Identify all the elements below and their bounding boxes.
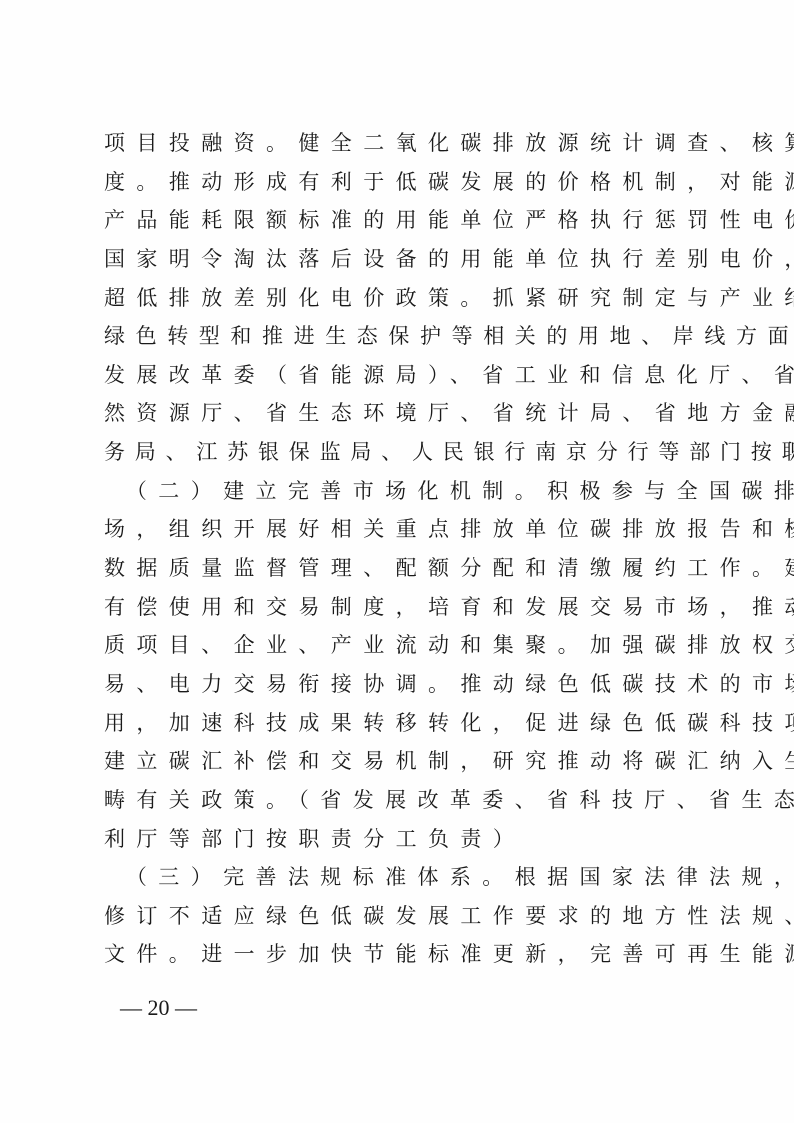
section-heading-line: （二）建立完善市场化机制。积极参与全国碳排放权交易市: [104, 472, 694, 511]
section-heading-line: （三）完善法规标准体系。根据国家法律法规，及时清理和: [104, 858, 694, 897]
text-line: 畴有关政策。（省发展改革委、省科技厅、省生态环境厅、省水: [104, 781, 694, 820]
text-line: 场，组织开展好相关重点排放单位碳排放报告和核查工作，加强: [104, 510, 694, 549]
body-text: 项目投融资。健全二氧化碳排放源统计调查、核算核查、监管制 度。推动形成有利于低碳…: [104, 124, 694, 974]
text-line: 然资源厅、省生态环境厅、省统计局、省地方金融监管局、省税: [104, 394, 694, 433]
text-line: 质项目、企业、产业流动和集聚。加强碳排放权交易、用能权交: [104, 626, 694, 665]
text-line: 超低排放差别化电价政策。抓紧研究制定与产业结构调整、低碳: [104, 279, 694, 318]
text-line: 产品能耗限额标准的用能单位严格执行惩罚性电价政策，对使用: [104, 201, 694, 240]
text-line: 项目投融资。健全二氧化碳排放源统计调查、核算核查、监管制: [104, 124, 694, 163]
document-page: 项目投融资。健全二氧化碳排放源统计调查、核算核查、监管制 度。推动形成有利于低碳…: [0, 0, 794, 1123]
text-line: 度。推动形成有利于低碳发展的价格机制，对能源消耗超过单位: [104, 163, 694, 202]
text-line: 务局、江苏银保监局、人民银行南京分行等部门按职责分工负责〕: [104, 433, 694, 472]
text-line: 发展改革委（省能源局）、省工业和信息化厅、省财政厅、省自: [104, 356, 694, 395]
text-line: 利厅等部门按职责分工负责）: [104, 820, 694, 859]
text-line: 数据质量监督管理、配额分配和清缴履约工作。建立健全用能权: [104, 549, 694, 588]
text-line: 有偿使用和交易制度，培育和发展交易市场，推动能源要素向优: [104, 588, 694, 627]
text-line: 文件。进一步加快节能标准更新，完善可再生能源标准体系，建: [104, 935, 694, 974]
text-line: 绿色转型和推进生态保护等相关的用地、岸线方面支持政策。〔省: [104, 317, 694, 356]
text-line: 修订不适应绿色低碳发展工作要求的地方性法规、规章和规范性: [104, 897, 694, 936]
text-line: 易、电力交易衔接协调。推动绿色低碳技术的市场交易与推广运: [104, 665, 694, 704]
text-line: 国家明令淘汰落后设备的用能单位执行差别电价，落实钢铁行业: [104, 240, 694, 279]
page-number: — 20 —: [120, 994, 197, 1022]
text-line: 建立碳汇补偿和交易机制，研究推动将碳汇纳入生态保护补偿范: [104, 742, 694, 781]
text-line: 用，加速科技成果转移转化，促进绿色低碳科技项目落地。探索: [104, 704, 694, 743]
